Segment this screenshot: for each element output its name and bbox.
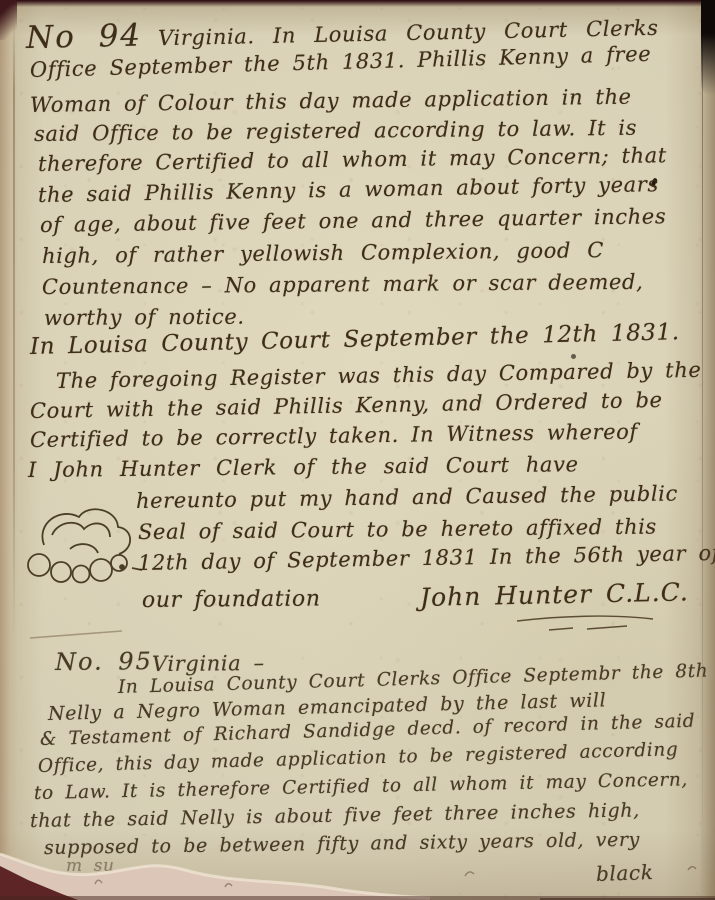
- entry95-number: No. 95: [55, 647, 153, 676]
- manuscript-line: that the said Nelly is about five feet t…: [30, 799, 640, 832]
- book-top-edge: [0, 0, 715, 7]
- entry94-number: No 94: [26, 18, 143, 56]
- manuscript-line: hereunto put my hand and Caused the publ…: [136, 481, 678, 513]
- manuscript-line: I John Hunter Clerk of the said Court ha…: [28, 452, 579, 482]
- manuscript-line: Seal of said Court to be hereto affixed …: [138, 515, 657, 544]
- binding-left-edge: [0, 0, 18, 900]
- clerk-signature: John Hunter C.L.C.: [420, 577, 689, 612]
- clerk-seal-scribble-icon: [22, 497, 144, 592]
- manuscript-line: Woman of Colour this day made applicatio…: [30, 85, 632, 117]
- manuscript-line: said Office to be registered according t…: [34, 116, 637, 146]
- manuscript-line: worthy of notice.: [44, 305, 245, 330]
- binding-corner-top-left: [0, 0, 17, 40]
- signature-flourish: [515, 612, 665, 636]
- manuscript-page-photo: No 94Virginia. In Louisa County Court Cl…: [0, 0, 715, 900]
- manuscript-line: therefore Certified to all whom it may C…: [38, 143, 667, 176]
- manuscript-line: Court with the said Phillis Kenny, and O…: [30, 388, 663, 423]
- dark-corner-top-right: [701, 0, 715, 95]
- torn-page-bottom-edge: [0, 840, 715, 900]
- manuscript-line: the said Phillis Kenny is a woman about …: [38, 172, 659, 207]
- page-right-fold-line: [702, 0, 704, 900]
- manuscript-line: our foundation: [142, 586, 321, 613]
- entry-divider-line: [30, 628, 125, 640]
- manuscript-line: 12th day of September 1831 In the 56th y…: [138, 541, 715, 575]
- page-crease-line: [13, 18, 15, 638]
- manuscript-line: of age, about five feet one and three qu…: [40, 204, 667, 237]
- ink-blot: [571, 354, 576, 359]
- manuscript-line: Countenance – No apparent mark or scar d…: [42, 270, 644, 299]
- manuscript-line: high, of rather yellowish Complexion, go…: [42, 238, 604, 268]
- manuscript-line: The foregoing Register was this day Comp…: [56, 358, 702, 393]
- entry95-heading: Virginia –: [152, 651, 265, 676]
- manuscript-line: Certified to be correctly taken. In Witn…: [30, 420, 638, 452]
